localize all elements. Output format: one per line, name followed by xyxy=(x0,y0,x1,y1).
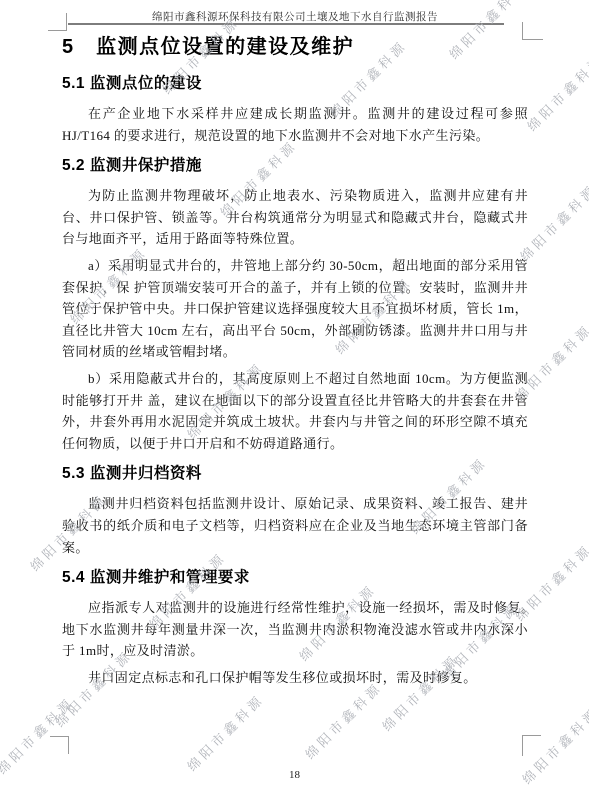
section-well-protection: 5.2 监测井保护措施 为防止监测井物理破坏，防止地表水、污染物质进入，监测井应… xyxy=(62,155,528,454)
section-heading: 5.3 监测井归档资料 xyxy=(62,463,528,484)
section-well-archives: 5.3 监测井归档资料 监测井归档资料包括监测井设计、原始记录、成果资料、竣工报… xyxy=(62,463,528,558)
section-heading: 5.1 监测点位的建设 xyxy=(62,73,528,94)
watermark-text: 绵阳市鑫科源 xyxy=(522,49,589,135)
paragraph: b）采用隐蔽式井台的，其高度原则上不超过自然地面 10cm。为方便监测时能够打开… xyxy=(62,368,528,454)
watermark-text: 绵阳市鑫科源 xyxy=(182,689,268,775)
section-heading: 5.2 监测井保护措施 xyxy=(62,155,528,176)
page-number: 18 xyxy=(0,769,589,781)
paragraph: a）采用明显式井台的，井管地上部分约 30-50cm，超出地面的部分采用管套保护… xyxy=(62,255,528,363)
chapter-title: 5 监测点位设置的建设及维护 xyxy=(62,34,528,60)
watermark-text: 绵阳市鑫科源 xyxy=(0,692,78,778)
header-title: 绵阳市鑫科源环保科技有限公司土壤及地下水自行监测报告 xyxy=(62,9,528,24)
paragraph: 应指派专人对监测井的设施进行经常性维护，设施一经损坏，需及时修复。 地下水监测井… xyxy=(62,597,528,662)
crop-mark-bottom-right xyxy=(522,735,541,756)
section-monitoring-point-construction: 5.1 监测点位的建设 在产企业地下水采样井应建成长期监测井。监测井的建设过程可… xyxy=(62,73,528,146)
document-body: 5 监测点位设置的建设及维护 5.1 监测点位的建设 在产企业地下水采样井应建成… xyxy=(62,34,528,693)
paragraph: 在产企业地下水采样井应建成长期监测井。监测井的建设过程可参照 HJ/T164 的… xyxy=(62,103,528,146)
section-heading: 5.4 监测井维护和管理要求 xyxy=(62,567,528,588)
paragraph: 为防止监测井物理破坏，防止地表水、污染物质进入，监测井应建有井台、井口保护管、锁… xyxy=(62,185,528,250)
paragraph: 井口固定点标志和孔口保护帽等发生移位或损坏时，需及时修复。 xyxy=(62,667,528,689)
paragraph: 监测井归档资料包括监测井设计、原始记录、成果资料、竣工报告、建井验收书的纸介质和… xyxy=(62,493,528,558)
header-rule xyxy=(68,23,504,25)
section-well-maintenance: 5.4 监测井维护和管理要求 应指派专人对监测井的设施进行经常性维护，设施一经损… xyxy=(62,567,528,688)
document-page: 绵阳市鑫科源环保科技有限公司土壤及地下水自行监测报告 5 监测点位设置的建设及维… xyxy=(0,0,589,792)
crop-mark-bottom-left xyxy=(50,736,69,754)
